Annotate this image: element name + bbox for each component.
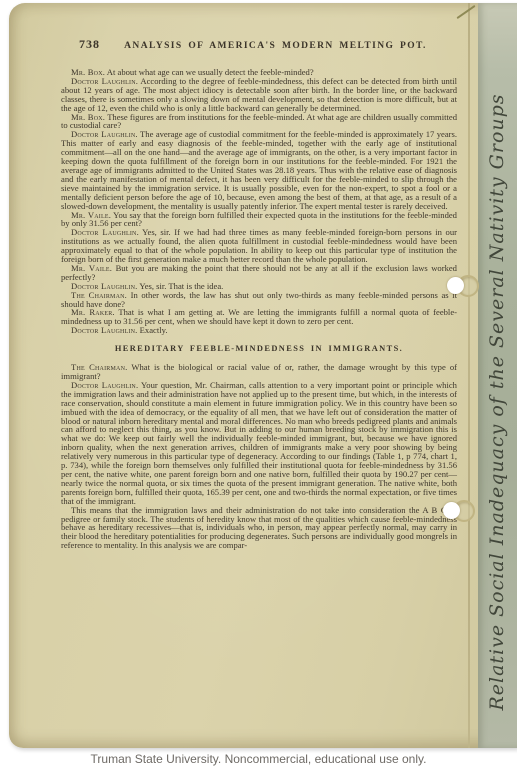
punch-hole-circle <box>443 502 460 519</box>
handwritten-margin-note: Relative Social Inadequacy of the Severa… <box>486 57 508 747</box>
page-crease <box>468 3 470 748</box>
testimony-paragraph: Doctor Laughlin. According to the degree… <box>61 77 457 113</box>
testimony-paragraph: Mr. Vaile. You say that the foreign born… <box>61 211 457 229</box>
speaker-name: Doctor Laughlin. <box>71 325 138 335</box>
printed-content: 738 ANALYSIS OF AMERICA'S MODERN MELTING… <box>61 37 457 550</box>
scan-background: Relative Social Inadequacy of the Severa… <box>0 0 517 772</box>
testimony-paragraph: Doctor Laughlin. Exactly. <box>61 326 457 335</box>
page-header: 738 ANALYSIS OF AMERICA'S MODERN MELTING… <box>61 37 457 52</box>
testimony-paragraph: Doctor Laughlin. Your question, Mr. Chai… <box>61 381 457 506</box>
document-page: Relative Social Inadequacy of the Severa… <box>9 3 517 748</box>
attribution-footer: Truman State University. Noncommercial, … <box>0 752 517 766</box>
running-title: ANALYSIS OF AMERICA'S MODERN MELTING POT… <box>100 41 457 51</box>
paragraph-text: These figures are from institutions for … <box>61 112 457 131</box>
section-heading: HEREDITARY FEEBLE-MINDEDNESS IN IMMIGRAN… <box>61 345 457 354</box>
testimony-paragraph: This means that the immigration laws and… <box>61 506 457 551</box>
paragraph-text: That is what I am getting at. We are let… <box>61 307 457 326</box>
testimony-paragraph: The Chairman. What is the biological or … <box>61 363 457 381</box>
testimony-body: Mr. Box. At about what age can we usuall… <box>61 68 457 550</box>
testimony-paragraph: The Chairman. In other words, the law ha… <box>61 291 457 309</box>
punch-hole-circle <box>447 277 464 294</box>
paragraph-text: Your question, Mr. Chairman, calls atten… <box>61 380 457 506</box>
fold-mark <box>456 5 475 19</box>
page-number: 738 <box>79 37 100 52</box>
testimony-paragraph: Mr. Raker. That is what I am getting at.… <box>61 308 457 326</box>
testimony-paragraph: Doctor Laughlin. Yes, sir. If we had had… <box>61 228 457 264</box>
testimony-paragraph: Doctor Laughlin. The average age of cust… <box>61 130 457 210</box>
testimony-paragraph: Mr. Vaile. But you are making the point … <box>61 264 457 282</box>
paragraph-text: But you are making the point that there … <box>61 263 457 282</box>
paragraph-text: This means that the immigration laws and… <box>61 505 457 551</box>
paragraph-text: The average age of custodial commitment … <box>61 129 457 210</box>
paragraph-text: You say that the foreign born fulfilled … <box>61 210 457 229</box>
paragraph-text: Exactly. <box>140 325 168 335</box>
testimony-paragraph: Mr. Box. These figures are from institut… <box>61 113 457 131</box>
